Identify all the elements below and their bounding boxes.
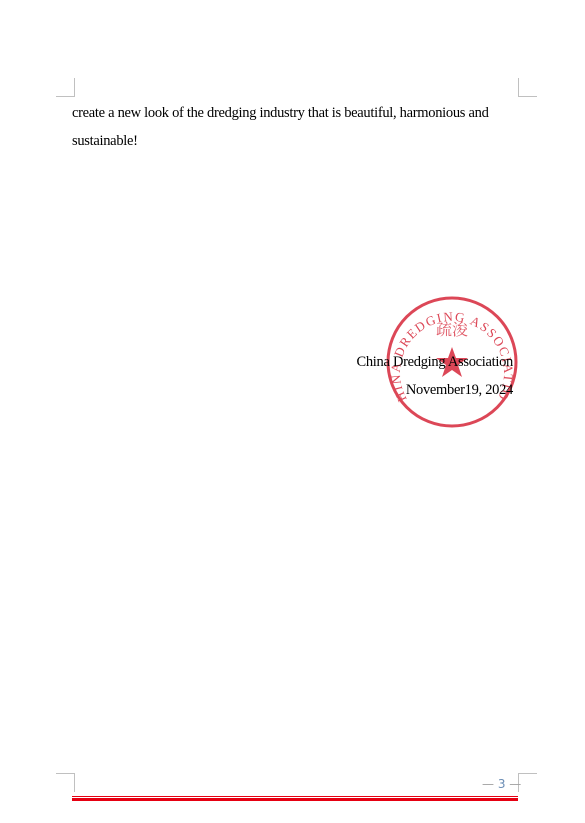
- margin-corner-top-right: [518, 78, 537, 97]
- signature-date: November19, 2024: [406, 382, 513, 399]
- margin-corner-bottom-left: [56, 773, 75, 792]
- body-text: create a new look of the dredging indust…: [72, 99, 518, 155]
- paragraph-line-1: create a new look of the dredging indust…: [72, 99, 518, 127]
- page-number: — 3 —: [482, 777, 521, 791]
- page-number-value: 3: [498, 777, 506, 791]
- paragraph-line-2: sustainable!: [72, 127, 518, 155]
- footer-rule-thick: [72, 798, 518, 801]
- signature-organization: China Dredging Association: [356, 354, 513, 371]
- margin-corner-top-left: [56, 78, 75, 97]
- footer-rule-thin: [72, 796, 518, 797]
- svg-text:疏浚: 疏浚: [436, 320, 468, 339]
